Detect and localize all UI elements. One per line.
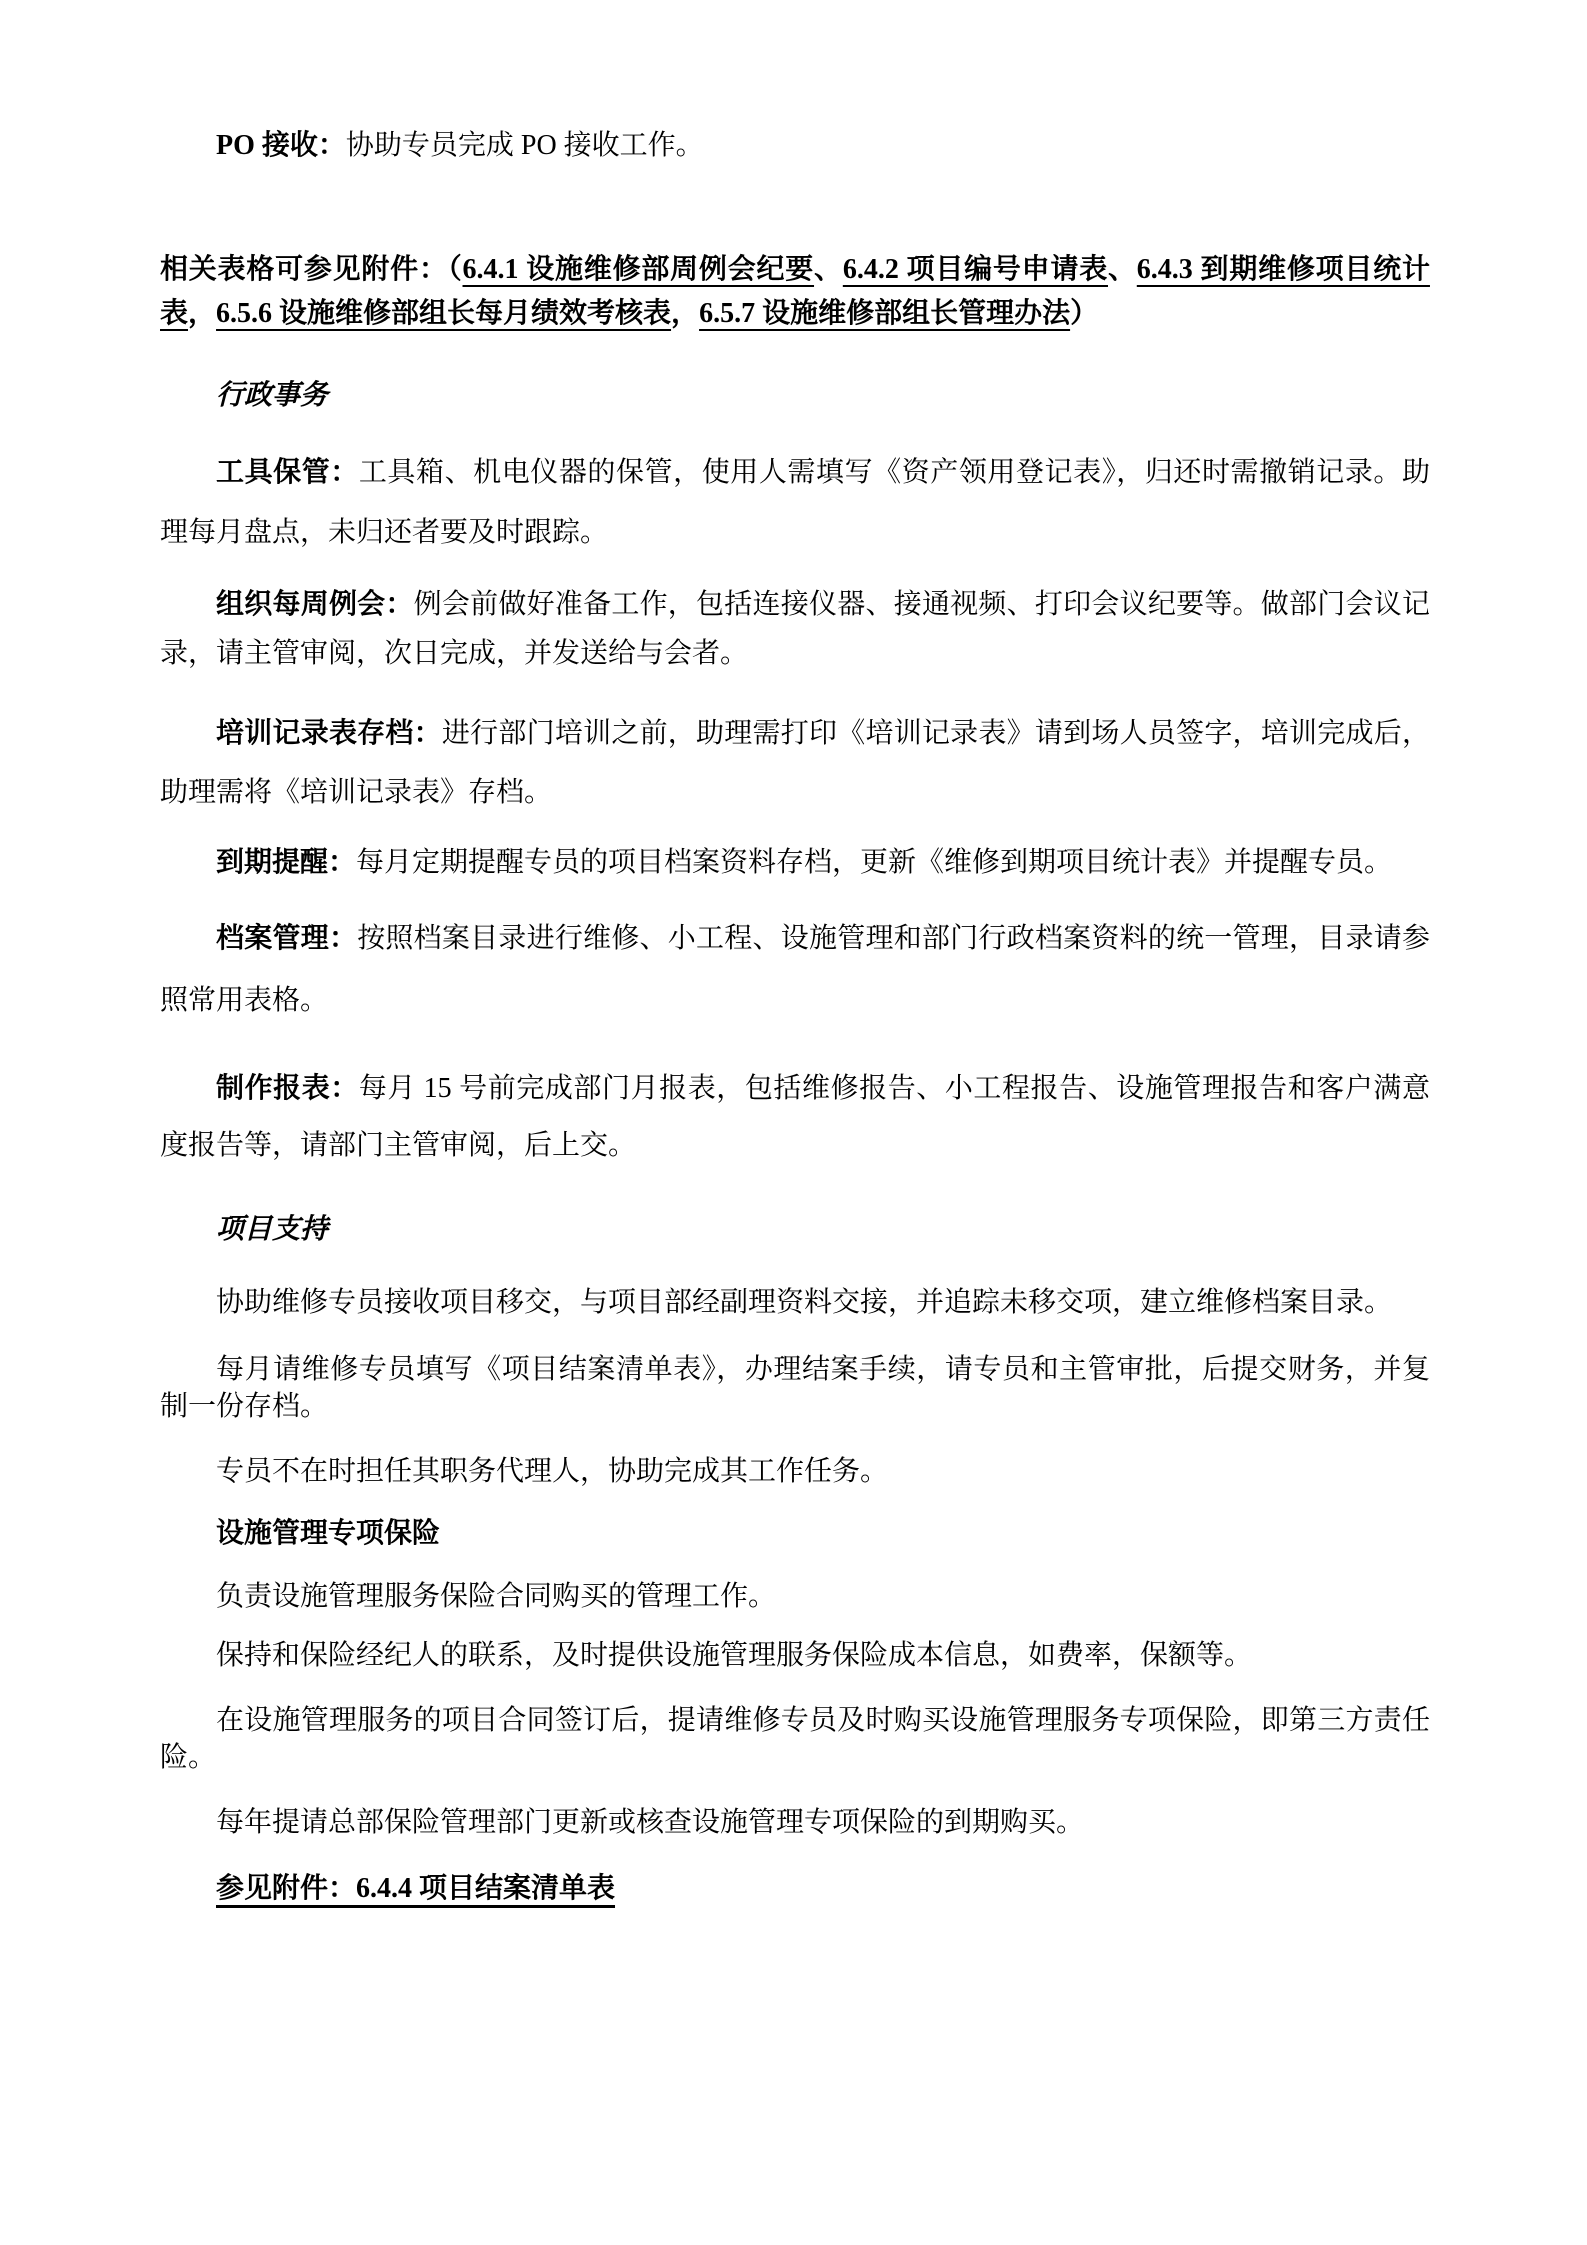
attachment-link-656[interactable]: 6.5.6 设施维修部组长每月绩效考核表 (216, 298, 671, 329)
para-due-reminder: 到期提醒：每月定期提醒专员的项目档案资料存档，更新《维修到期项目统计表》并提醒专… (160, 843, 1430, 883)
para-archive-management: 档案管理：按照档案目录进行维修、小工程、设施管理和部门行政档案资料的统一管理，目… (160, 908, 1430, 1032)
para-project-closing: 每月请维修专员填写《项目结案清单表》，办理结案手续，请专员和主管审批，后提交财务… (160, 1351, 1430, 1425)
list-separator: 、 (1108, 254, 1137, 285)
para-broker-contact: 保持和保险经纪人的联系，及时提供设施管理服务保险成本信息，如费率，保额等。 (160, 1636, 1430, 1676)
para-insurance-purchase: 在设施管理服务的项目合同签订后，提请维修专员及时购买设施管理服务专项保险，即第三… (160, 1702, 1430, 1776)
related-forms-suffix: ） (1070, 298, 1098, 329)
attachment-link-642[interactable]: 6.4.2 项目编号申请表 (843, 254, 1108, 285)
due-reminder-text: 每月定期提醒专员的项目档案资料存档，更新《维修到期项目统计表》并提醒专员。 (356, 847, 1392, 878)
para-training-record: 培训记录表存档：进行部门培训之前，助理需打印《培训记录表》请到场人员签字，培训完… (160, 704, 1430, 822)
para-insurance-renewal: 每年提请总部保险管理部门更新或核查设施管理专项保险的到期购买。 (160, 1803, 1430, 1843)
archive-management-label: 档案管理： (216, 923, 357, 954)
para-insurance-duty: 负责设施管理服务保险合同购买的管理工作。 (160, 1577, 1430, 1617)
document-page: PO 接收：协助专员完成 PO 接收工作。 相关表格可参见附件：（6.4.1 设… (0, 0, 1587, 2245)
para-related-forms: 相关表格可参见附件：（6.4.1 设施维修部周例会纪要、6.4.2 项目编号申请… (160, 248, 1430, 336)
list-separator: 、 (814, 254, 843, 285)
para-weekly-meeting: 组织每周例会：例会前做好准备工作，包括连接仪器、接通视频、打印会议纪要等。做部门… (160, 580, 1430, 678)
para-po-receive: PO 接收：协助专员完成 PO 接收工作。 (160, 128, 1430, 164)
heading-project-support: 项目支持 (160, 1208, 1430, 1252)
tool-custody-label: 工具保管： (216, 457, 359, 488)
heading-insurance: 设施管理专项保险 (160, 1514, 1430, 1554)
para-project-handover: 协助维修专员接收项目移交，与项目部经副理资料交接，并追踪未移交项，建立维修档案目… (160, 1283, 1430, 1323)
po-receive-text: 协助专员完成 PO 接收工作。 (346, 130, 704, 161)
list-separator: ， (671, 298, 699, 329)
related-forms-prefix: 相关表格可参见附件：（ (160, 254, 463, 285)
po-receive-label: PO 接收： (216, 130, 346, 161)
appendix-link[interactable]: 参见附件：6.4.4 项目结案清单表 (160, 1869, 1430, 1909)
due-reminder-label: 到期提醒： (216, 847, 356, 878)
para-tool-custody: 工具保管：工具箱、机电仪器的保管，使用人需填写《资产领用登记表》，归还时需撤销记… (160, 443, 1430, 563)
list-separator: ， (188, 298, 216, 329)
para-monthly-report: 制作报表：每月 15 号前完成部门月报表，包括维修报告、小工程报告、设施管理报告… (160, 1060, 1430, 1174)
para-deputy-role: 专员不在时担任其职务代理人，协助完成其工作任务。 (160, 1453, 1430, 1490)
attachment-link-641[interactable]: 6.4.1 设施维修部周例会纪要 (463, 254, 815, 285)
heading-admin-affairs: 行政事务 (160, 374, 1430, 418)
training-record-label: 培训记录表存档： (216, 718, 442, 749)
monthly-report-label: 制作报表： (216, 1073, 359, 1104)
weekly-meeting-label: 组织每周例会： (216, 589, 414, 620)
attachment-link-657[interactable]: 6.5.7 设施维修部组长管理办法 (699, 298, 1070, 329)
